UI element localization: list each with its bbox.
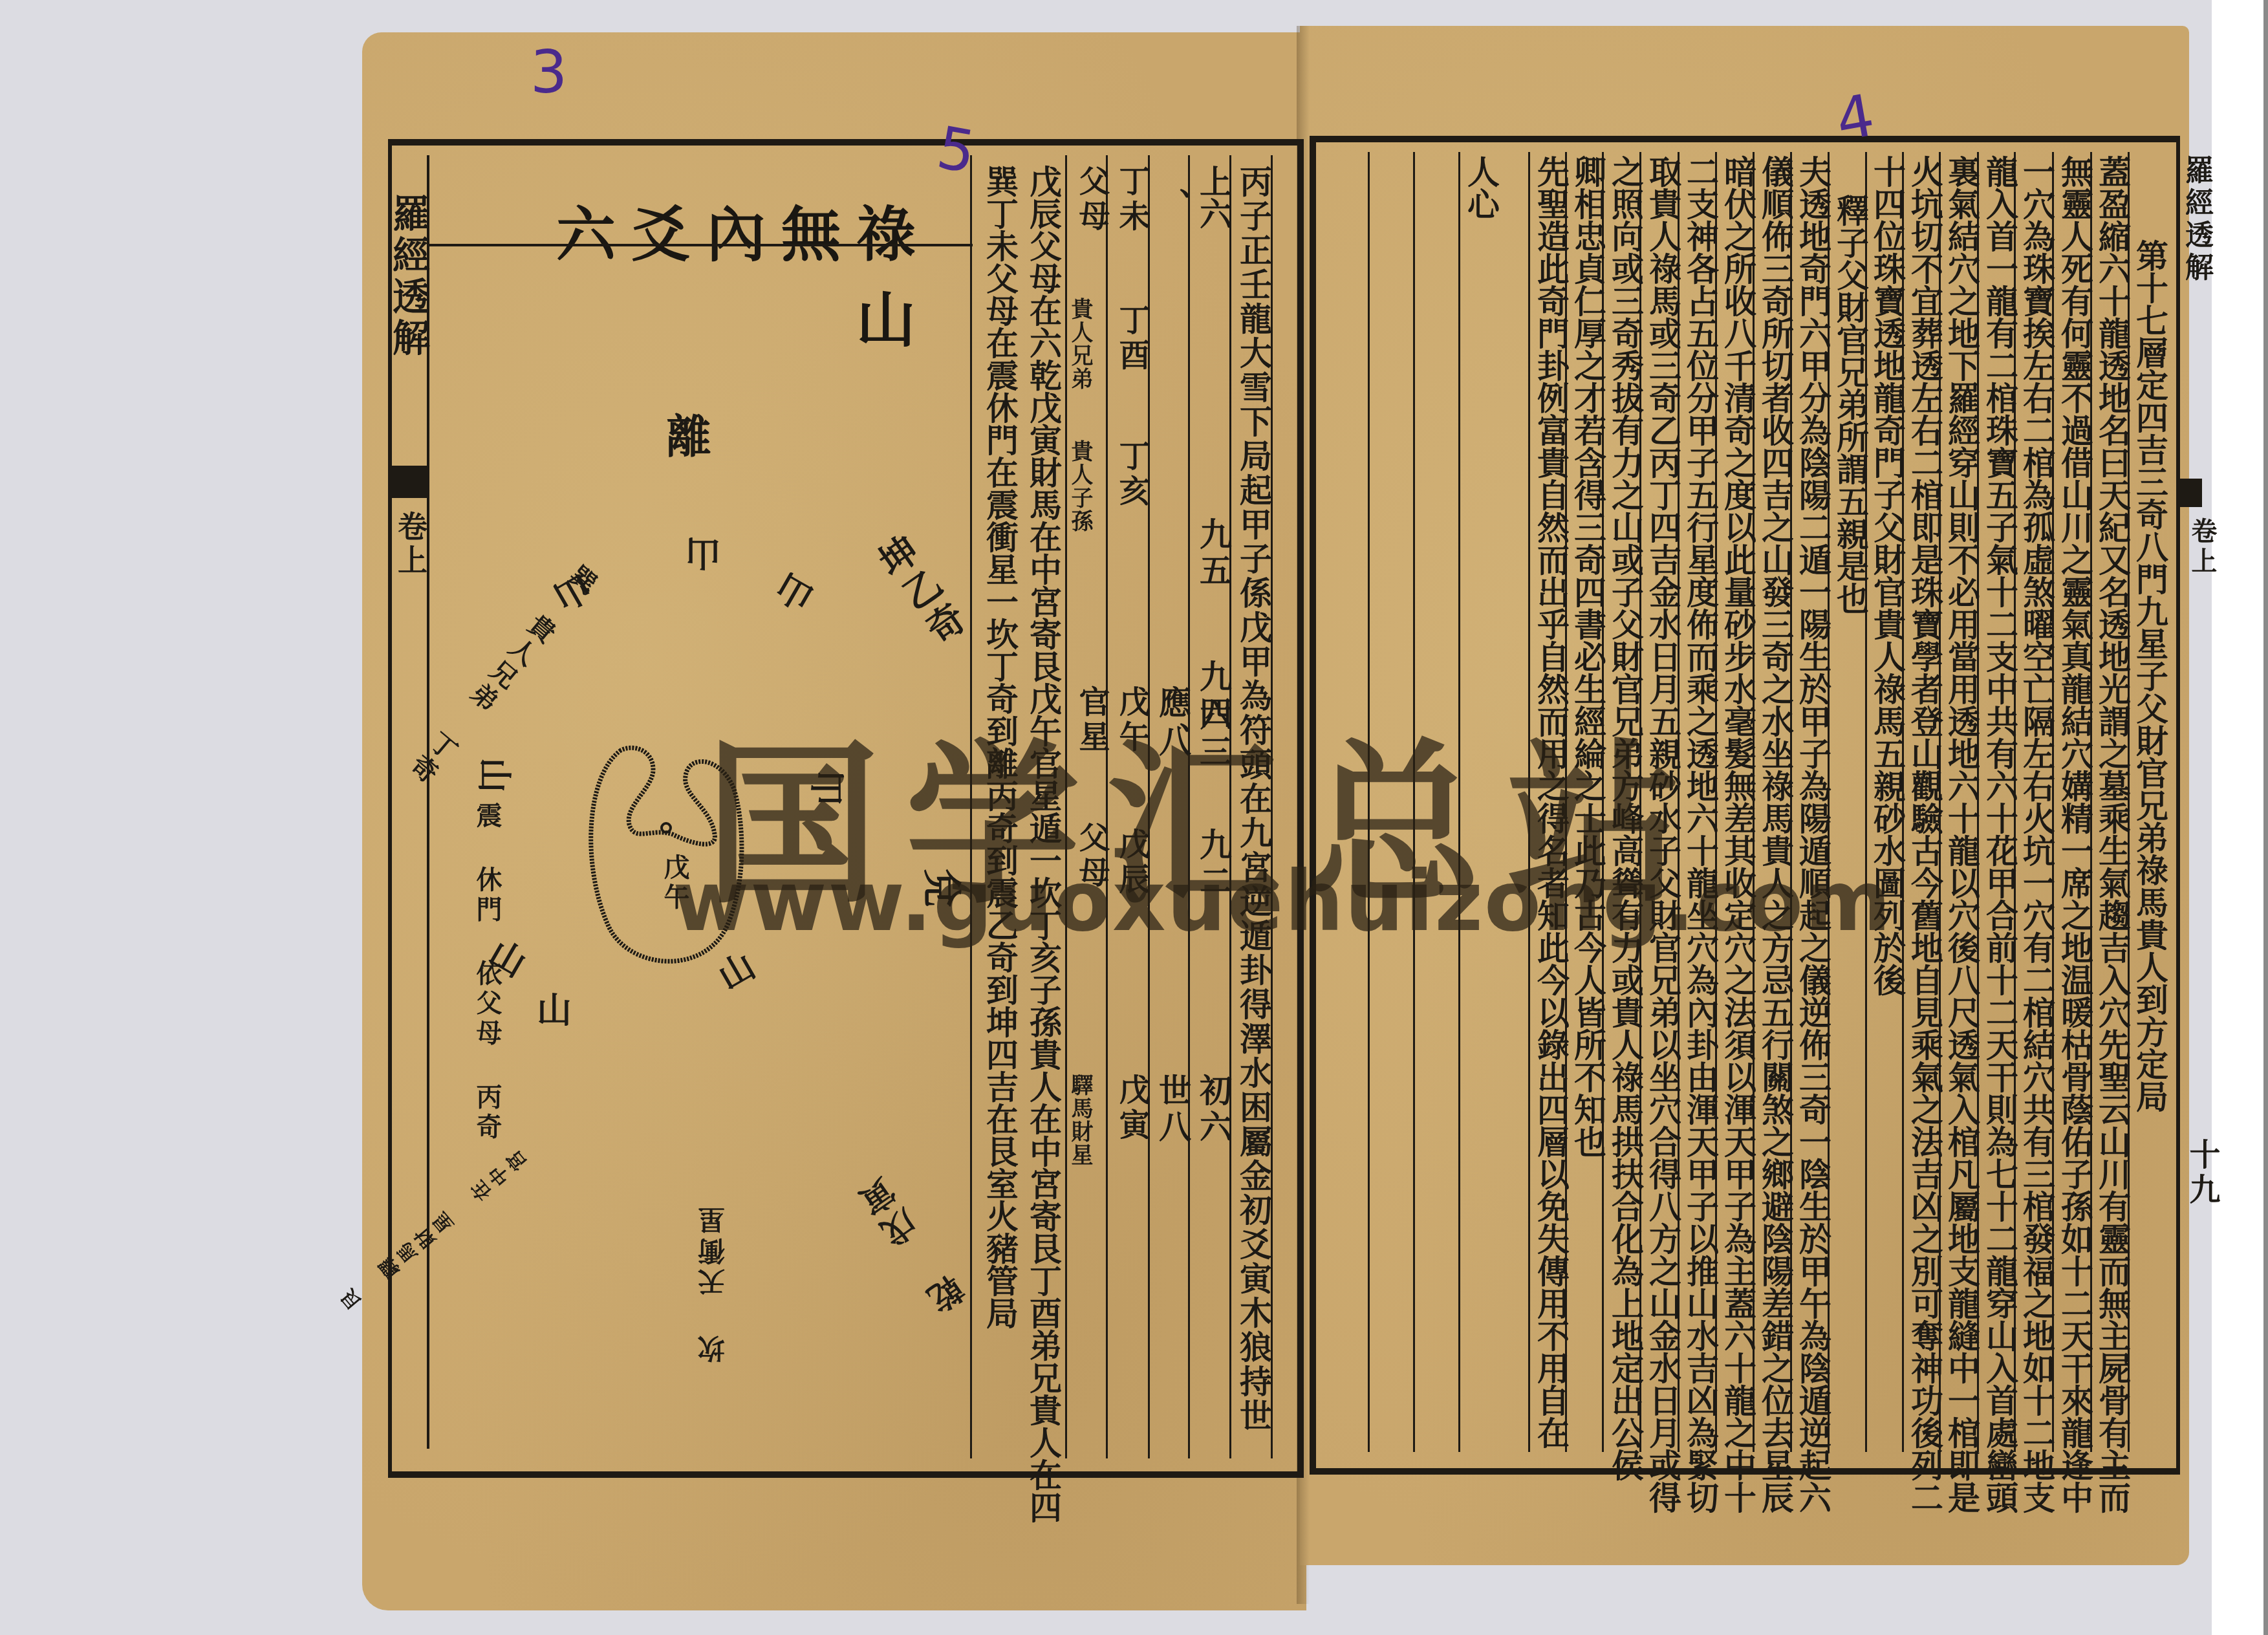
table-header-text: 丙子正壬龍大雪下局起甲子係戊甲為符頭在九宮逆遁卦得澤水困屬金初爻寅木狼持世 xyxy=(1235,165,1271,1433)
spine-title: 羅經透解 xyxy=(387,194,429,360)
left-page-title: 六爻內無祿山 xyxy=(504,188,931,358)
trigram-li-label: 離 xyxy=(666,401,711,466)
ganzhi: 戊午 xyxy=(1110,686,1153,755)
text-column: 先聖造此奇門卦例富貴自然而出乎自然而用之得名者知此今以錄出四層以免失傳用不用自在 xyxy=(1533,155,1570,1449)
table-text-column: 戊辰父母在六乾戊寅財馬在中宮寄艮戊午官星遁一坎丁亥子孫貴人在中宮寄艮丁酉弟兄貴人… xyxy=(1025,165,1061,1523)
table-text-column: 巽丁未父母在震休門在震衝星一坎丁奇到離丙奇到震乙奇到坤四吉在艮室火豬管局 xyxy=(982,165,1018,1329)
trigram-zhen-label: 震 休門 依父母 丙奇 xyxy=(398,802,501,1143)
ganzhi: 戊辰 xyxy=(1110,828,1153,898)
scanner-margin xyxy=(2212,0,2268,1635)
text-column: 卿相忠貞仁厚之才若含得三奇四書必生經綸之士此乃古今人皆所不知也 xyxy=(1570,155,1606,1158)
mark: 、 xyxy=(1151,188,1194,224)
mark: 世八 xyxy=(1151,1074,1194,1146)
relation: 貴人兄弟 xyxy=(1068,298,1092,391)
text-column: 二支神各占五位分甲子五行星度佈而乘之透地六十龍坐穴為內卦由渾天甲子以推山水吉凶為… xyxy=(1682,155,1719,1513)
text-column: 火坑切不宜葬透左右二棺即是珠寶學者登山觀驗古今舊地自見乘氣之法吉凶之別可奪神功後… xyxy=(1906,155,1943,1513)
right-spine-fishtail xyxy=(2176,479,2202,507)
text-column: 裏氣結穴之地下羅經穿山則不必用當用透地六十龍以穴後八尺透氣入棺凡屬地支龍縫中一棺… xyxy=(1943,155,1980,1513)
spine-fishtail xyxy=(389,466,427,498)
page-number: 十九 xyxy=(2181,1138,2223,1208)
column-rule xyxy=(1368,152,1370,1452)
right-spine-title: 羅經透解 xyxy=(2181,155,2212,285)
relation: 貴人子孫 xyxy=(1068,440,1092,533)
text-column: 夫透地奇門六甲分為陰陽二遁一陽生於甲子為陽遁順起之儀逆佈三奇一陰生於甲午為陰遁逆… xyxy=(1795,155,1831,1513)
mountain-glyph: 山 xyxy=(686,530,720,580)
trigram-kan-label: 坎 天衝星 xyxy=(698,1203,776,1363)
column-rule xyxy=(1528,152,1530,1452)
yao-chuliu: 初六 xyxy=(1192,1074,1235,1146)
column-rule xyxy=(1188,155,1190,1458)
yao-shangliu: 上六 xyxy=(1192,165,1235,230)
column-rule xyxy=(1458,152,1460,1452)
yao-liusan: 六三 xyxy=(1192,698,1235,771)
relation: 父母 xyxy=(1070,165,1113,235)
text-column: 十四位珠寶透地龍奇門子父財官貴人祿馬五親砂水圖列於後 xyxy=(1869,155,1906,996)
text-column: 蓋盈縮六十龍透地名曰天紀又名透地光謂之墓乘生氣趨吉入穴先聖云山川有靈而無主屍骨有… xyxy=(2094,155,2131,1513)
mountain-glyph: 山 xyxy=(471,758,521,793)
text-column: 第十七層定四吉三奇八門九星子父財官兄弟祿馬貴人到方定局 xyxy=(2132,239,2168,1112)
column-rule xyxy=(1413,152,1415,1452)
text-column: 龍入首一龍有二棺珠寶五子氣十二支中共有六十花甲合前十二天干則為七十二龍穿山入首處… xyxy=(1982,155,2018,1513)
text-column: 一穴為珠寶挨左右二棺為孤虛煞曜空亡隔左右火坑一穴有二棺結穴共有三棺發福之地如十二… xyxy=(2018,155,2055,1513)
text-column: 人心 xyxy=(1463,155,1500,220)
text-column: 之照向或三奇秀拔有力之山或子父財官兄弟方峰高聳有力或貴人祿馬拱扶合化為上地定出公… xyxy=(1607,155,1644,1481)
text-column: 暗伏之所收八千清奇之度以此量砂步水毫髮無差其收定穴之法須以渾天甲子為主蓋六十龍之… xyxy=(1720,155,1756,1513)
section-heading: 釋子父財官兄弟所謂五親是也 xyxy=(1832,194,1869,614)
mark: 八 xyxy=(1151,724,1194,761)
relation: 父母 xyxy=(1070,821,1113,891)
mountain-glyph: 山 xyxy=(801,771,851,806)
text-column: 無靈人死有何靈不過借山川之靈氣真龍結穴媾精一席之地温暖枯骨蔭佑子孫如十二天干來龍… xyxy=(2057,155,2093,1513)
ganzhi: 丁亥 xyxy=(1110,440,1153,510)
title-underline xyxy=(429,244,973,246)
trigram-dui-label: 兌 xyxy=(916,869,972,907)
relation: 官星 xyxy=(1070,686,1113,755)
yao-jiuer: 九二 xyxy=(1192,828,1235,900)
table-left-border xyxy=(970,155,972,1458)
right-spine-volume: 卷上 xyxy=(2181,517,2223,577)
column-rule xyxy=(1229,155,1231,1458)
ganzhi: 丁酉 xyxy=(1110,304,1153,374)
text-column: 取貴人祿馬或三奇乙丙丁四吉金水日月五親砂水子父財官兄弟以坐穴合得八方之山金水日月… xyxy=(1645,155,1681,1513)
scanner-edge xyxy=(2263,0,2268,1635)
pond-center-label: 戊午 xyxy=(653,854,696,913)
yao-jiuwu: 九五 xyxy=(1192,517,1235,590)
relation: 驛馬財星 xyxy=(1068,1074,1092,1167)
text-column: 儀順佈三奇所切者收四吉之山發三奇之水坐祿馬貴人之方忌五行關煞之鄉避陰陽差錯之位去… xyxy=(1757,155,1794,1513)
mountain-glyph: 山 xyxy=(537,983,572,1033)
ganzhi: 戊寅 xyxy=(1110,1074,1153,1143)
ganzhi: 丁未 xyxy=(1110,165,1153,235)
column-rule xyxy=(1106,155,1108,1458)
spine-volume: 卷上 xyxy=(389,511,432,578)
handwritten-mark: 3 xyxy=(530,39,567,107)
